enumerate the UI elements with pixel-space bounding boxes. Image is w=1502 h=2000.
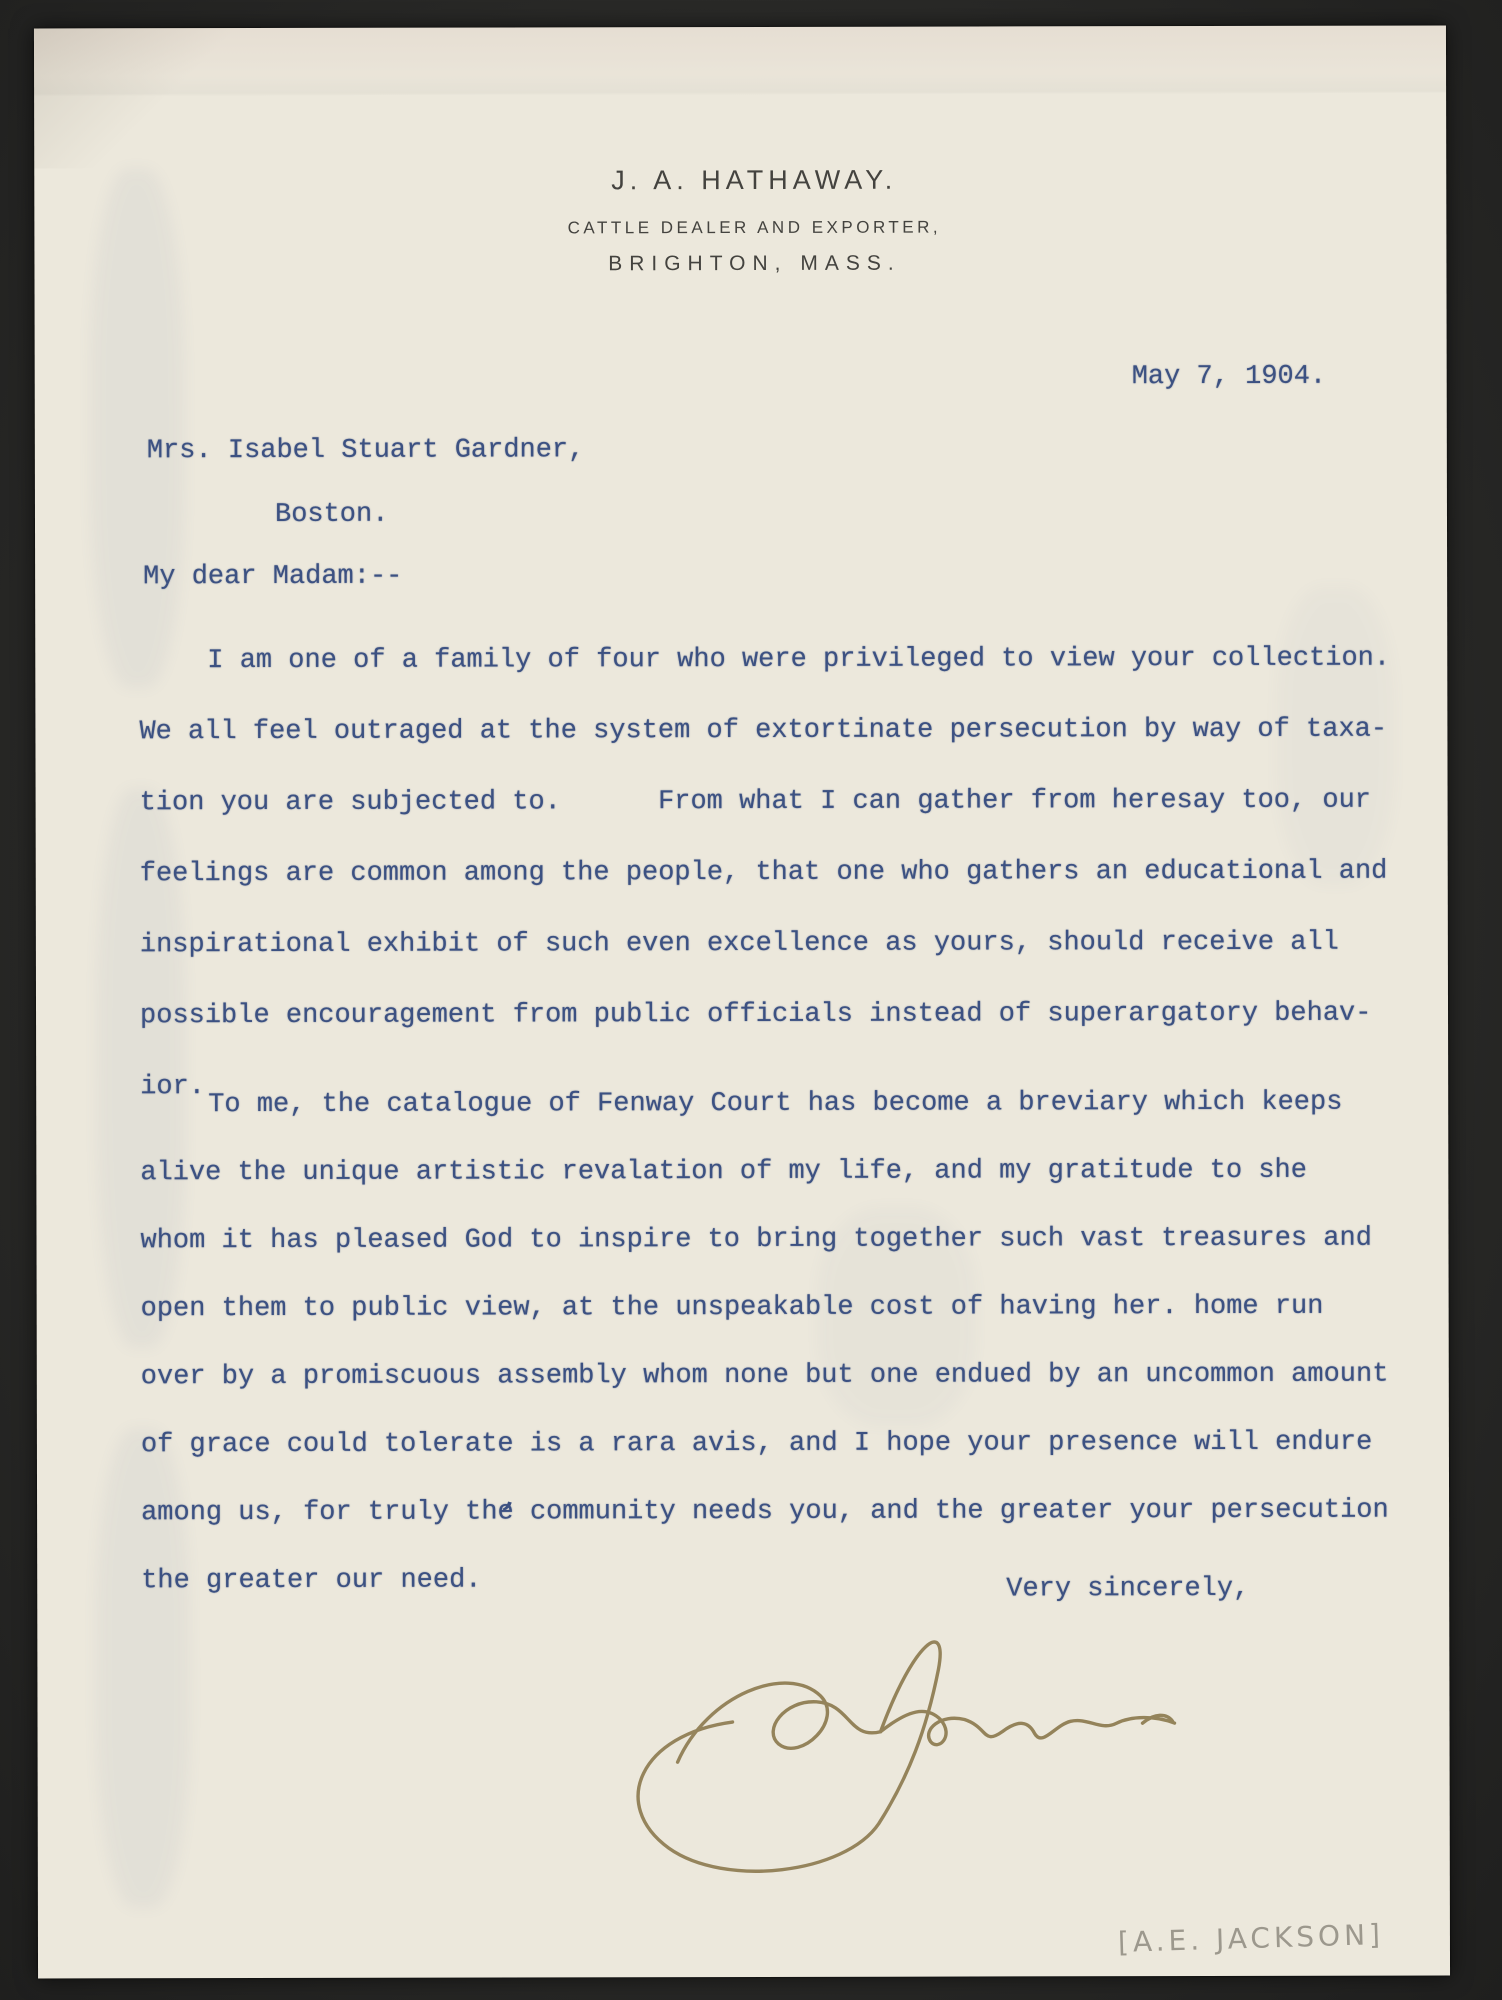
body-line: over by a promiscuous assembly whom none… <box>141 1341 1389 1412</box>
letterhead-business: CATTLE DEALER AND EXPORTER, <box>62 217 1446 240</box>
date-line: May 7, 1904. <box>1132 362 1327 392</box>
recipient-name: Mrs. Isabel Stuart Gardner, <box>147 435 585 466</box>
signature <box>582 1611 1193 1892</box>
closing: Very sincerely, <box>1006 1574 1249 1605</box>
scanned-letter: J. A. HATHAWAY. CATTLE DEALER AND EXPORT… <box>0 0 1502 2000</box>
body-line: inspirational exhibit of such even excel… <box>140 908 1391 982</box>
body-line: possible encouragement from public offic… <box>140 979 1391 1053</box>
body-line: I am one of a family of four who were pr… <box>139 624 1390 698</box>
signature-stroke <box>638 1642 941 1871</box>
letterhead-name: J. A. HATHAWAY. <box>62 164 1446 198</box>
letterhead: J. A. HATHAWAY. CATTLE DEALER AND EXPORT… <box>34 164 1446 278</box>
body-line: tion you are subjected to. From what I c… <box>140 766 1391 840</box>
body-line: To me, the catalogue of Fenway Court has… <box>140 1069 1388 1140</box>
body-line: among us, for truly the community needs … <box>141 1477 1389 1548</box>
recipient-city: Boston. <box>275 500 388 530</box>
body-line: alive the unique artistic revalation of … <box>140 1137 1388 1208</box>
body-line: of grace could tolerate is a rara avis, … <box>141 1409 1389 1480</box>
body-line: feelings are common among the people, th… <box>140 837 1391 911</box>
body-line: whom it has pleased God to inspire to br… <box>140 1205 1388 1276</box>
salutation: My dear Madam:-- <box>143 562 402 593</box>
letter-paper: J. A. HATHAWAY. CATTLE DEALER AND EXPORT… <box>34 26 1450 1979</box>
letterhead-location: BRIGHTON, MASS. <box>62 251 1446 278</box>
body-line: open them to public view, at the unspeak… <box>141 1273 1389 1344</box>
body-line: We all feel outraged at the system of ex… <box>139 695 1390 769</box>
body-paragraph-1: I am one of a family of four who were pr… <box>139 624 1391 1124</box>
body-paragraph-2: To me, the catalogue of Fenway Court has… <box>140 1069 1389 1616</box>
archivist-annotation: [A.E. JACKSON] <box>1118 1918 1385 1959</box>
